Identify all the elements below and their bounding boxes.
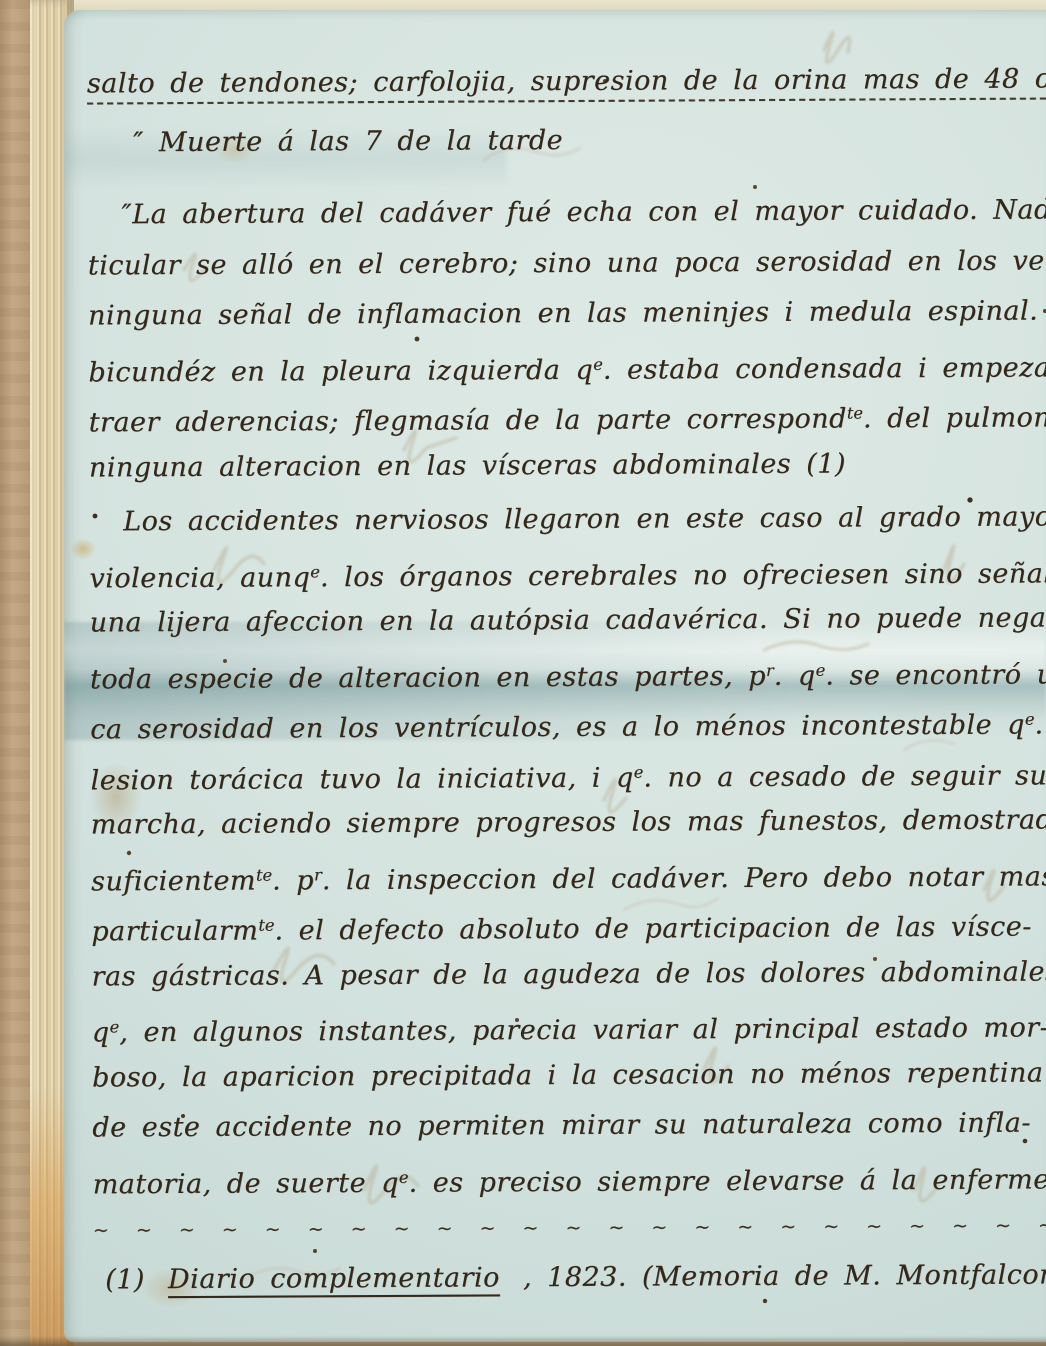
- manuscript-line-5: ninguna señal de inflamacion en las meni…: [88, 287, 1042, 342]
- flourish-separator: ~ ~ ~ ~ ~ ~ ~ ~ ~ ~ ~ ~ ~ ~ ~ ~ ~ ~ ~ ~ …: [93, 1211, 1046, 1244]
- scan-bottom-shadow: [0, 1336, 1046, 1346]
- manuscript-line-4: ticular se alló en el cerebro; sino una …: [88, 236, 1042, 291]
- footnote: (1) Diario complementario , 1823. (Memor…: [93, 1249, 1046, 1306]
- manuscript-line-1: salto de tendones; carfolojia, supresion…: [87, 50, 1041, 114]
- manuscript-line-17: particularmte. el defecto absoluto de pa…: [91, 896, 1045, 951]
- manuscript-line-16: suficientemte. pr. la inspeccion del cad…: [91, 846, 1045, 901]
- manuscript-line-11: una lijera afeccion en la autópsia cadav…: [90, 594, 1044, 649]
- manuscript-line-20: boso, la aparicion precipitada i la cesa…: [92, 1048, 1046, 1103]
- manuscript-line-22: matoria, de suerte qe. es preciso siempr…: [92, 1149, 1046, 1204]
- manuscript-page: salto de tendones; carfolojia, supresion…: [64, 10, 1046, 1342]
- manuscript-line-14: lesion torácica tuvo la iniciativa, i qe…: [90, 745, 1044, 800]
- scanned-manuscript-document: { "document": { "language": "Spanish", "…: [0, 0, 1046, 1346]
- manuscript-line-9: Los accidentes nerviosos llegaron en est…: [89, 493, 1043, 548]
- footnote-rest: , 1823. (Memoria de M. Montfalcon).: [523, 1259, 1046, 1293]
- manuscript-line-2: ″ Muerte á las 7 de la tarde: [87, 109, 1041, 173]
- manuscript-line-10: violencia, aunqe. los órganos cerebrales…: [89, 543, 1043, 598]
- manuscript-lines: salto de tendones; carfolojia, supresion…: [87, 50, 1046, 1205]
- footnote-marker: (1): [105, 1264, 145, 1295]
- manuscript-line-19: qe, en algunos instantes, parecia variar…: [92, 997, 1046, 1052]
- manuscript-text: salto de tendones; carfolojia, supresion…: [87, 50, 1046, 1307]
- manuscript-line-18: ras gástricas. A pesar de la agudeza de …: [91, 947, 1045, 1002]
- manuscript-line-21: de este accidente no permiten mirar su n…: [92, 1098, 1046, 1153]
- footnote-title: Diario complementario: [168, 1262, 500, 1295]
- manuscript-line-6: bicundéz en la pleura izquierda qe. esta…: [88, 337, 1042, 392]
- manuscript-line-15: marcha, aciendo siempre progresos los ma…: [91, 796, 1045, 851]
- manuscript-line-12: toda especie de alteracion en estas part…: [90, 644, 1044, 699]
- manuscript-line-3: ″La abertura del cadáver fué echa con el…: [87, 186, 1041, 241]
- manuscript-line-13: ca serosidad en los ventrículos, es a lo…: [90, 695, 1044, 750]
- manuscript-line-8: ninguna alteracion en las vísceras abdom…: [89, 438, 1043, 493]
- manuscript-line-7: traer aderencias; flegmasía de la parte …: [88, 388, 1042, 443]
